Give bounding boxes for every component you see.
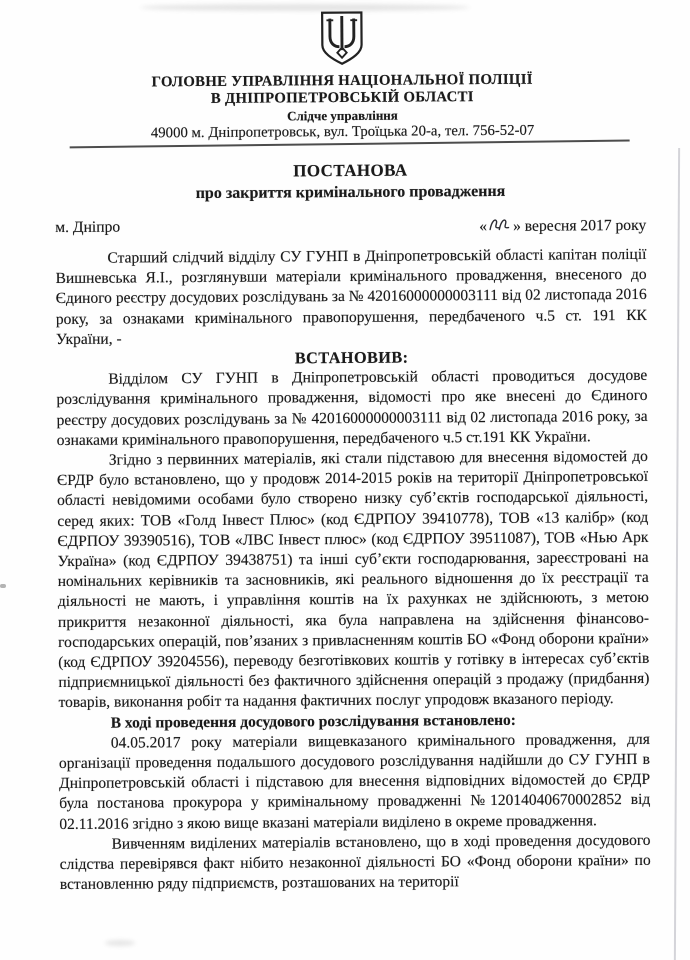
paragraph-materials-review: Вивченням виділених матеріалів встановле… [59,831,650,896]
paragraph-intro: Старший слідчий відділу СУ ГУНП в Дніпро… [55,245,647,350]
ukraine-coat-of-arms-icon [0,8,687,76]
scanned-document-page: ГОЛОВНЕ УПРАВЛІННЯ НАЦІОНАЛЬНОЇ ПОЛІЦІЇ … [0,0,690,960]
document-body: Старший слідчий відділу СУ ГУНП в Дніпро… [55,245,650,896]
org-name-line2: В ДНІПРОПЕТРОВСЬКІЙ ОБЛАСТІ [0,87,687,108]
paragraph-investigation: Відділом СУ ГУНП в Дніпропетровській обл… [56,366,648,451]
document-subtitle: про закриття кримінального провадження [55,182,646,204]
document-content: ГОЛОВНЕ УПРАВЛІННЯ НАЦІОНАЛЬНОЇ ПОЛІЦІЇ … [0,0,690,960]
close-quote-and-date: » вересня 2017 року [513,217,646,235]
dateline-date: « » вересня 2017 року [479,215,646,239]
paragraph-case-transfer: 04.05.2017 року матеріали вищевказаного … [59,730,651,835]
document-title: ПОСТАНОВА [55,159,646,183]
handwritten-day-mark [488,216,512,239]
letterhead: ГОЛОВНЕ УПРАВЛІННЯ НАЦІОНАЛЬНОЇ ПОЛІЦІЇ … [0,0,688,143]
dateline-city: м. Дніпро [55,219,120,237]
open-quote: « [479,218,487,235]
paragraph-companies: Згідно з первинних матеріалів, які стали… [57,447,650,714]
dateline: м. Дніпро « » вересня 2017 року [55,215,646,242]
